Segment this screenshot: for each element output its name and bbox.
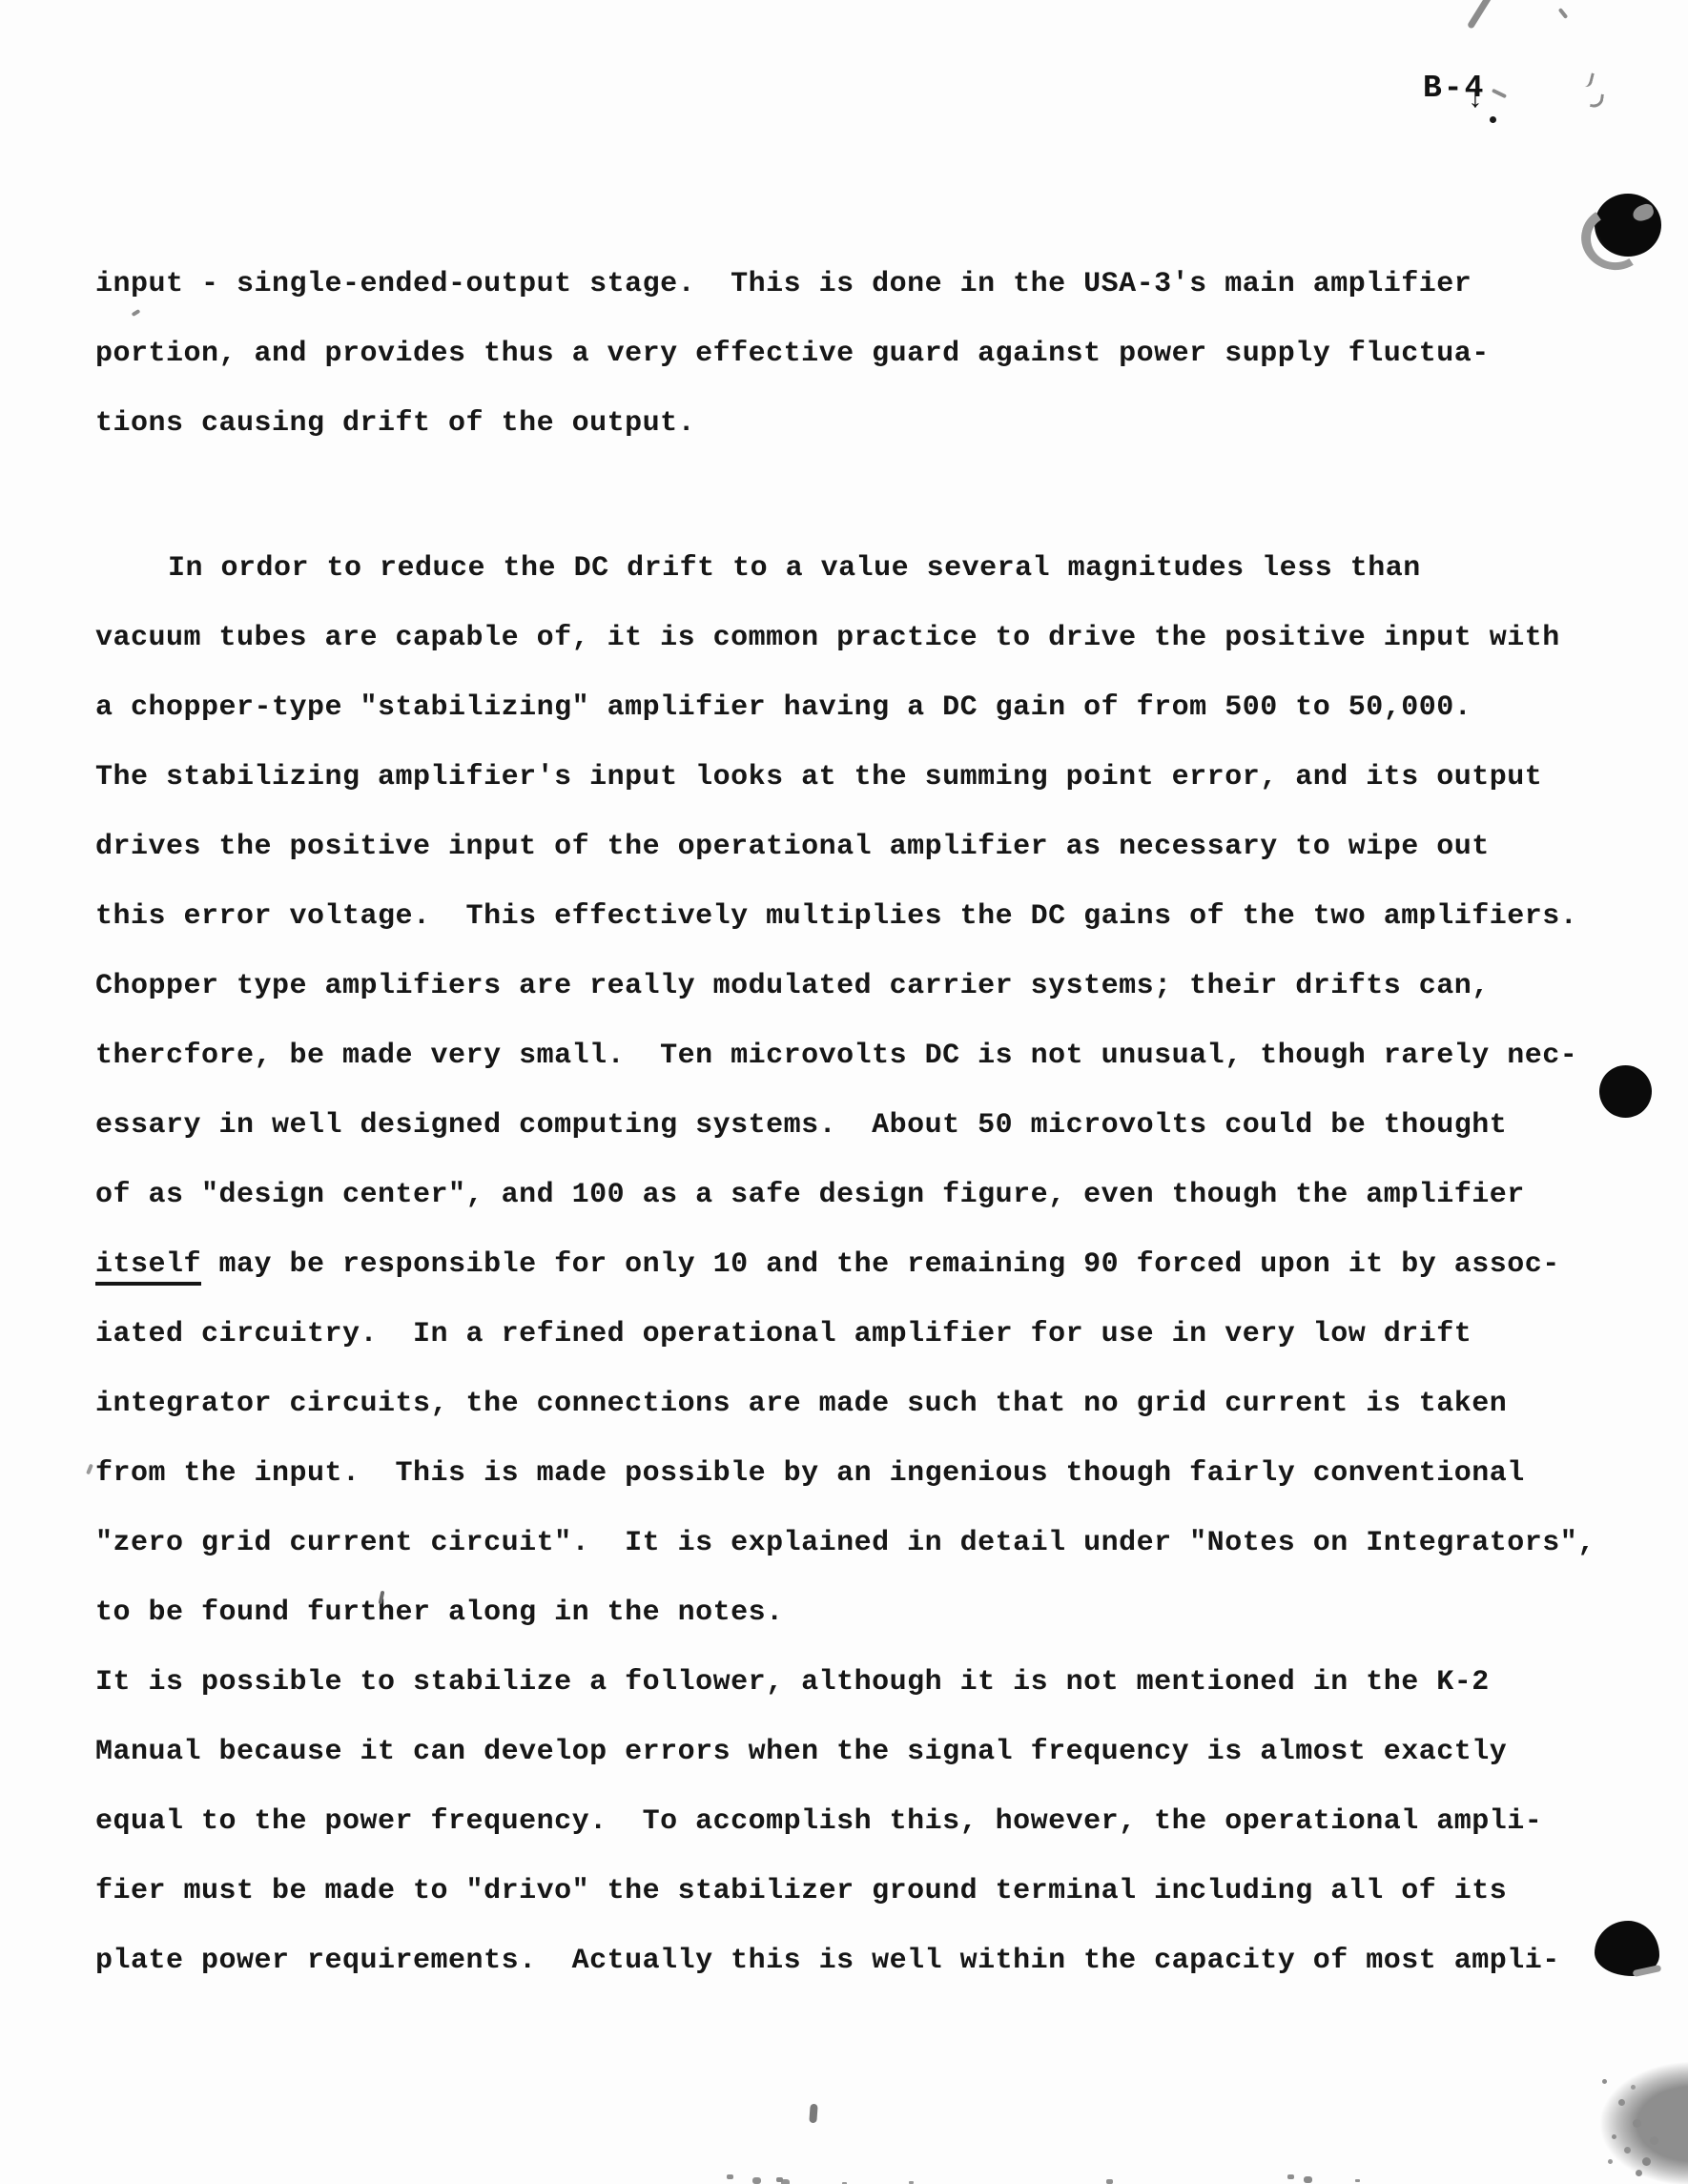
text-line: to be found further along in the notes.	[95, 1578, 1640, 1648]
stray-margin-tick	[86, 1464, 93, 1475]
text-line: from the input. This is made possible by…	[95, 1439, 1640, 1509]
text-line: itself may be responsible for only 10 an…	[95, 1230, 1640, 1300]
text-line: vacuum tubes are capable of, it is commo…	[95, 604, 1640, 673]
line-text: input - single-ended-output stage. This …	[95, 268, 1472, 300]
stray-slash-mark	[1492, 89, 1507, 99]
stray-curl-mark-a	[1584, 72, 1595, 88]
bottom-edge-specks	[727, 2174, 733, 2179]
text-line: "zero grid current circuit". It is expla…	[95, 1509, 1640, 1578]
line-text: vacuum tubes are capable of, it is commo…	[95, 622, 1560, 654]
document-text: input - single-ended-output stage. This …	[95, 250, 1640, 1996]
text-line: In ordor to reduce the DC drift to a val…	[95, 534, 1640, 604]
ink-blot-top-right	[1595, 194, 1661, 257]
text-line: Manual because it can develop errors whe…	[95, 1718, 1640, 1787]
line-text: this error voltage. This effectively mul…	[95, 900, 1577, 933]
ink-blot-bottom-right	[1595, 1921, 1659, 1976]
line-text: "zero grid current circuit". It is expla…	[95, 1527, 1595, 1559]
line-text: fier must be made to "drivo" the stabili…	[95, 1875, 1507, 1907]
text-line: tions causing drift of the output.	[95, 389, 1640, 459]
line-text: integrator circuits, the connections are…	[95, 1388, 1507, 1420]
text-line: thercfore, be made very small. Ten micro…	[95, 1021, 1640, 1091]
line-text: equal to the power frequency. To accompl…	[95, 1805, 1542, 1838]
text-line: fier must be made to "drivo" the stabili…	[95, 1857, 1640, 1926]
corner-speckle-bottom-right	[1583, 2050, 1688, 2184]
line-text: thercfore, be made very small. Ten micro…	[95, 1040, 1577, 1072]
text-line: a chopper-type "stabilizing" amplifier h…	[95, 673, 1640, 743]
stray-curl-mark-b	[1590, 93, 1604, 109]
text-line: essary in well designed computing system…	[95, 1091, 1640, 1161]
line-text: to be found further along in the notes.	[95, 1597, 784, 1629]
text-line: this error voltage. This effectively mul…	[95, 882, 1640, 952]
line-text: from the input. This is made possible by…	[95, 1457, 1525, 1490]
text-line: iated circuitry. In a refined operationa…	[95, 1300, 1640, 1370]
line-text: iated circuitry. In a refined operationa…	[95, 1318, 1472, 1350]
streak-top-right-corner	[1467, 0, 1492, 30]
line-text: essary in well designed computing system…	[95, 1109, 1507, 1142]
line-text: of as "design center", and 100 as a safe…	[95, 1179, 1525, 1211]
text-line: integrator circuits, the connections are…	[95, 1370, 1640, 1439]
text-line: input - single-ended-output stage. This …	[95, 250, 1640, 319]
text-line: equal to the power frequency. To accompl…	[95, 1787, 1640, 1857]
line-text: drives the positive input of the operati…	[95, 831, 1490, 863]
line-text: plate power requirements. Actually this …	[95, 1945, 1560, 1977]
text-line: Chopper type amplifiers are really modul…	[95, 952, 1640, 1021]
line-text: The stabilizing amplifier's input looks …	[95, 761, 1542, 793]
scanned-document-page: { "page": { "number": "B-4" }, "colors":…	[0, 0, 1688, 2184]
stray-dot-mark	[1490, 116, 1496, 123]
text-line: It is possible to stabilize a follower, …	[95, 1648, 1640, 1718]
text-line: portion, and provides thus a very effect…	[95, 319, 1640, 389]
line-text: Manual because it can develop errors whe…	[95, 1736, 1507, 1768]
line-text: may be responsible for only 10 and the r…	[201, 1248, 1560, 1281]
text-line: of as "design center", and 100 as a safe…	[95, 1161, 1640, 1230]
ink-dot-right-middle	[1599, 1065, 1652, 1118]
dash-top-right	[1558, 8, 1569, 19]
line-text: In ordor to reduce the DC drift to a val…	[168, 552, 1421, 585]
smudge-bottom-center	[809, 2104, 817, 2124]
text-line: plate power requirements. Actually this …	[95, 1926, 1640, 1996]
line-text: portion, and provides thus a very effect…	[95, 338, 1490, 370]
line-text: tions causing drift of the output.	[95, 407, 695, 440]
underlined-word: itself	[95, 1248, 201, 1286]
line-text: Chopper type amplifiers are really modul…	[95, 970, 1490, 1002]
stray-arrow-mark: ↓	[1467, 84, 1484, 116]
line-text: It is possible to stabilize a follower, …	[95, 1666, 1490, 1699]
line-text: a chopper-type "stabilizing" amplifier h…	[95, 691, 1472, 724]
text-line: drives the positive input of the operati…	[95, 813, 1640, 882]
text-line: The stabilizing amplifier's input looks …	[95, 743, 1640, 813]
